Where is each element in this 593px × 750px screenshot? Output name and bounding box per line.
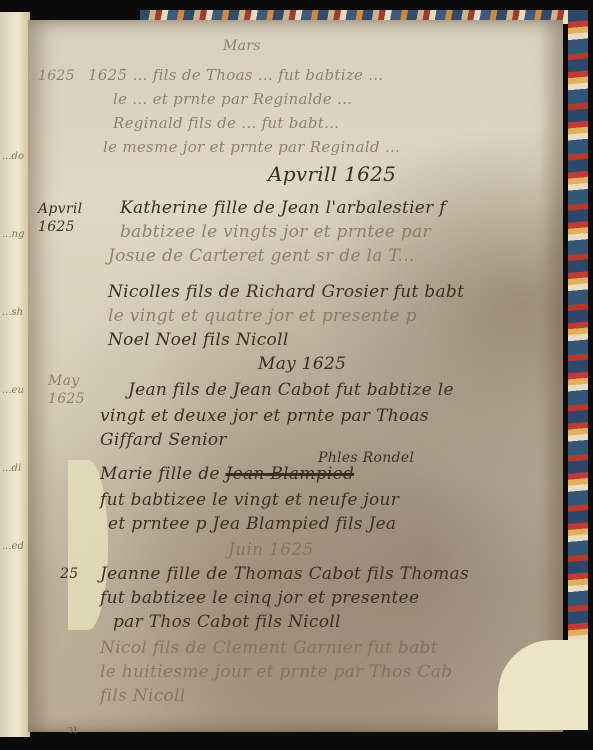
faded-header-line: le ... et prnte par Reginalde ... bbox=[113, 90, 352, 108]
leaf-fragment: ...do bbox=[2, 144, 28, 170]
entry-line: Noel Noel fils Nicoll bbox=[108, 330, 289, 350]
previous-leaf-edge: ...do ...ng ...sh ...eu ...di ...ed bbox=[0, 12, 30, 737]
faded-header-line: 1625 ... fils de Thoas ... fut babtize .… bbox=[88, 66, 383, 84]
entry-line: fut babtizee le cinq jor et presentee bbox=[100, 588, 419, 608]
leaf-fragment: ...eu bbox=[2, 378, 28, 404]
entry-line: Marie fille de Jean Blampied bbox=[100, 464, 354, 484]
entry-line: Nicolles fils de Richard Grosier fut bab… bbox=[108, 282, 464, 302]
entry-line: par Thos Cabot fils Nicoll bbox=[113, 612, 341, 632]
entry-line-text: Marie fille de bbox=[100, 464, 225, 484]
leaf-fragment: ...ed bbox=[2, 534, 28, 560]
folio-mark: 31 bbox=[68, 726, 78, 735]
leaf-fragment: ...di bbox=[2, 456, 28, 482]
margin-note-april: Apvril 1625 bbox=[38, 200, 98, 236]
section-heading-april: Apvrill 1625 bbox=[268, 162, 396, 186]
entry-line: Nicol fils de Clement Garnier fut babt bbox=[100, 638, 438, 658]
entry-line: Jeanne fille de Thomas Cabot fils Thomas bbox=[100, 564, 469, 584]
margin-note-may: May 1625 bbox=[48, 372, 98, 408]
marbled-endpaper-edge bbox=[568, 10, 588, 715]
entry-line: et prntee p Jea Blampied fils Jea bbox=[108, 514, 396, 534]
entry-line: le huitiesme jour et prnte par Thos Cab bbox=[100, 662, 452, 682]
section-heading-june: Juin 1625 bbox=[228, 540, 314, 560]
entry-line: babtizee le vingts jor et prntee par bbox=[120, 222, 431, 242]
torn-corner bbox=[498, 640, 588, 730]
previous-leaf-fragments: ...do ...ng ...sh ...eu ...di ...ed bbox=[2, 92, 28, 612]
entry-line: le vingt et quatre jor et presente p bbox=[108, 306, 417, 326]
struck-text: Jean Blampied bbox=[225, 464, 354, 484]
entry-line: Jean fils de Jean Cabot fut babtize le bbox=[128, 380, 454, 400]
entry-line: fut babtizee le vingt et neufe jour bbox=[100, 490, 399, 510]
faded-header-line: Mars bbox=[223, 38, 261, 54]
entry-line: vingt et deuxe jor et prnte par Thoas bbox=[100, 406, 429, 426]
entry-line: Katherine fille de Jean l'arbalestier f bbox=[120, 198, 446, 218]
entry-line: Josue de Carteret gent sr de la T... bbox=[108, 246, 415, 266]
margin-note-june: 25 bbox=[60, 566, 78, 582]
faded-header-line: le mesme jor et prnte par Reginald ... bbox=[103, 138, 400, 156]
section-heading-may: May 1625 bbox=[258, 354, 346, 374]
faded-margin-year: 1625 bbox=[38, 68, 75, 84]
leaf-fragment: ...ng bbox=[2, 222, 28, 248]
leaf-fragment: ...sh bbox=[2, 300, 28, 326]
entry-line: Giffard Senior bbox=[100, 430, 227, 450]
entry-line: fils Nicoll bbox=[100, 686, 186, 706]
faded-header-line: Reginald fils de ... fut babt... bbox=[113, 114, 339, 132]
manuscript-page: Mars 1625 1625 ... fils de Thoas ... fut… bbox=[28, 20, 563, 732]
